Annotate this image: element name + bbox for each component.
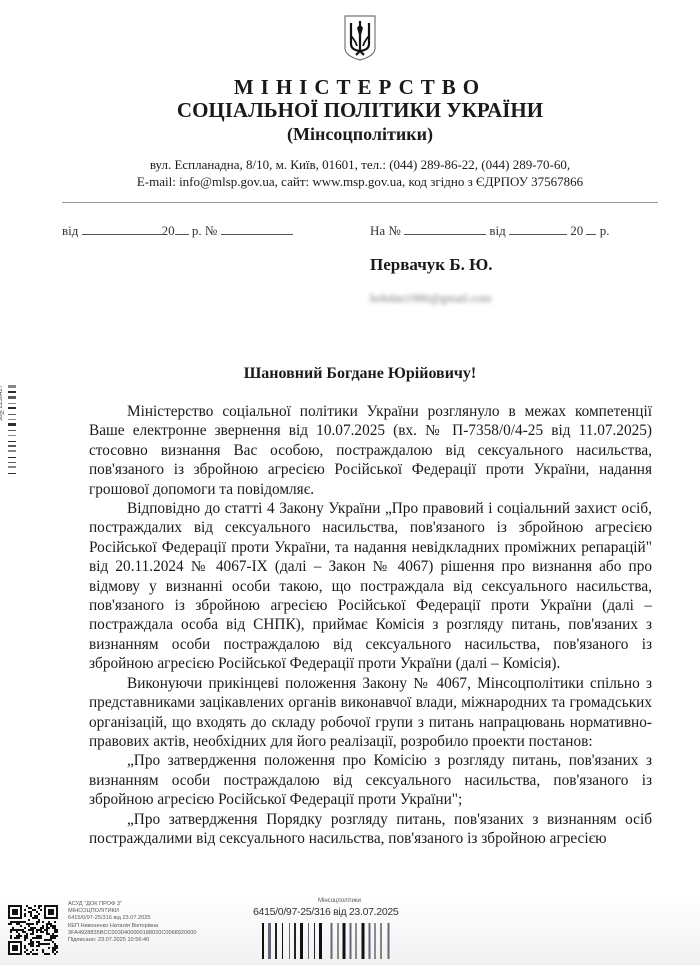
ministry-title: МІНІСТЕРСТВО bbox=[0, 75, 700, 100]
blank-line bbox=[586, 222, 596, 235]
body-paragraph: „Про затвердження положення про Комісію … bbox=[89, 751, 652, 809]
side-barcode-icon bbox=[6, 385, 16, 535]
ref-number-label: р. № bbox=[192, 223, 217, 238]
blank-line bbox=[82, 222, 162, 235]
ministry-name: СОЦІАЛЬНОЇ ПОЛІТИКИ УКРАЇНИ bbox=[0, 98, 700, 123]
blank-line bbox=[509, 222, 567, 235]
stamp-doc-ref: 6415/0/97-25/316 від 23.07.2025 bbox=[68, 915, 196, 922]
ref-label: від bbox=[62, 223, 78, 238]
signature-details: АСУД "ДОК ПРОФ 3" МІНСОЦПОЛІТИКИ 6415/0/… bbox=[68, 901, 196, 944]
header-divider bbox=[62, 202, 658, 203]
registration-org: Мінсоцполітики bbox=[318, 898, 361, 904]
salutation: Шановний Богдане Юрійовичу! bbox=[0, 365, 700, 383]
stamp-system: АСУД "ДОК ПРОФ 3" bbox=[68, 901, 196, 908]
address-line: вул. Еспланадна, 8/10, м. Київ, 01601, т… bbox=[0, 156, 700, 173]
recipient-name: Первачук Б. Ю. bbox=[370, 255, 493, 275]
ref-label: р. bbox=[600, 223, 610, 238]
stamp-signed-time: Підписано: 23.07.2025 10:56:40 bbox=[68, 937, 196, 944]
barcode-icon bbox=[259, 923, 404, 961]
trident-coat-of-arms-icon bbox=[343, 14, 377, 62]
stamp-signer: КЕП Никоненко Наталія Вікторівна bbox=[68, 923, 196, 930]
body-paragraph: Виконуючи прикінцеві положення Закону № … bbox=[89, 674, 652, 752]
registration-number: 6415/0/97-25/316 від 23.07.2025 bbox=[253, 906, 398, 918]
contact-line: E-mail: info@mlsp.gov.ua, сайт: www.msp.… bbox=[0, 173, 700, 190]
body-paragraph: Відповідно до статті 4 Закону України „П… bbox=[89, 499, 652, 674]
stamp-cert: 3FA4928835BCC0030400000188020C0068920600 bbox=[68, 930, 196, 937]
ref-label: На № bbox=[370, 223, 401, 238]
ministry-short-name: (Мінсоцполітики) bbox=[0, 124, 700, 145]
stamp-org: МІНСОЦПОЛІТИКИ bbox=[68, 908, 196, 915]
official-letter-page: МІНІСТЕРСТВО СОЦІАЛЬНОЇ ПОЛІТИКИ УКРАЇНИ… bbox=[0, 0, 700, 965]
ministry-address: вул. Еспланадна, 8/10, м. Київ, 01601, т… bbox=[0, 156, 700, 190]
incoming-reference: На № від 20 р. bbox=[370, 222, 609, 239]
ref-label: від bbox=[489, 223, 505, 238]
body-paragraph: Міністерство соціальної політики України… bbox=[89, 402, 652, 499]
blank-line bbox=[175, 222, 189, 235]
blank-line bbox=[404, 222, 486, 235]
outgoing-reference: від 20 р. № bbox=[62, 222, 293, 239]
recipient-email-redacted: bohdan1986@gmail.com bbox=[370, 291, 491, 306]
side-barcode-digits: 30№2250417 bbox=[0, 385, 4, 421]
ref-year: 20 bbox=[570, 223, 583, 238]
body-paragraph: „Про затвердження Порядку розгляду питан… bbox=[89, 810, 652, 849]
qr-code-icon bbox=[8, 905, 58, 955]
blank-line bbox=[221, 222, 293, 235]
ref-year: 20 bbox=[162, 223, 175, 238]
letter-body: Міністерство соціальної політики України… bbox=[89, 402, 652, 848]
